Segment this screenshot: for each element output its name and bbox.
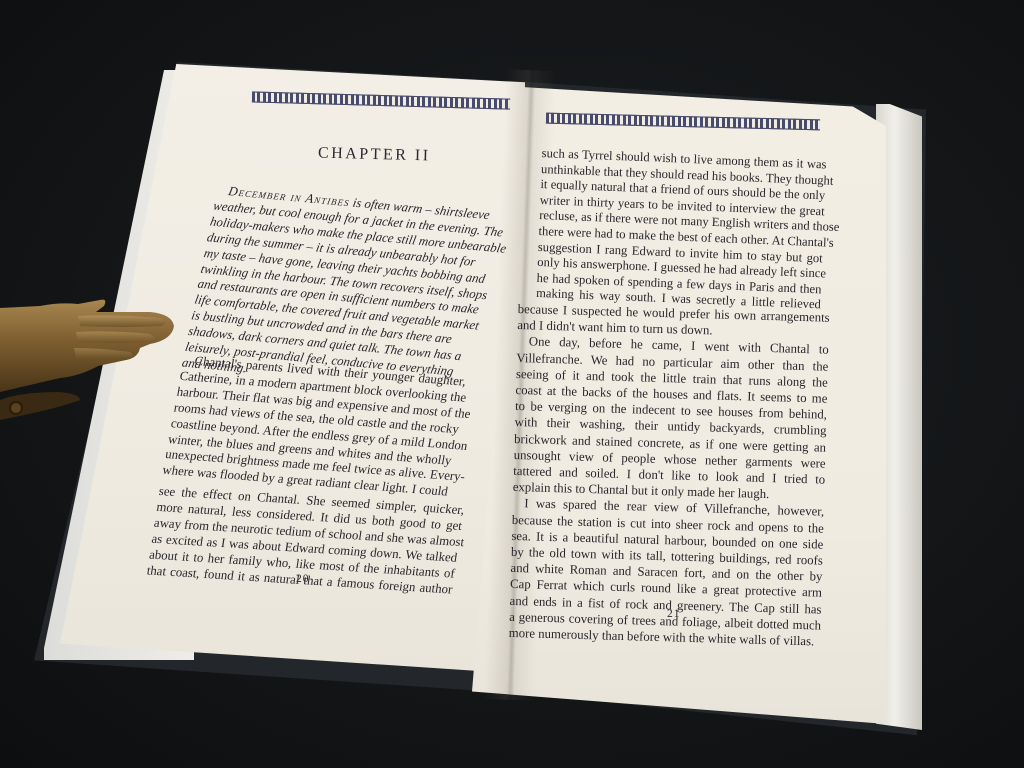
left-paragraph-2a: Chantal's parents lived with their young…: [161, 353, 467, 501]
right-page-number: 21: [667, 608, 681, 620]
chapter-title: CHAPTER II: [318, 145, 431, 166]
right-paragraph-1: such as Tyrrel should wish to live among…: [536, 146, 827, 313]
right-paragraph-2: because I suspected he would prefer his …: [508, 301, 829, 650]
left-page-number: 20: [296, 573, 310, 585]
brass-hand-bookmark-icon: [0, 296, 178, 426]
